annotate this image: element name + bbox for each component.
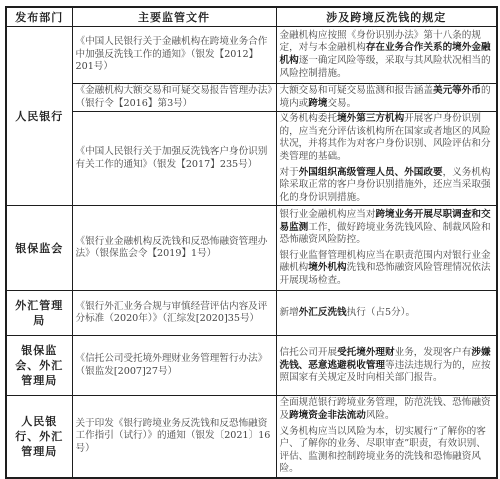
rule-text: 义务机构委托 xyxy=(280,113,338,124)
rule-paragraph: 对于外国组织高级管理人员、外国政要，义务机构除采取正常的客户身份识别措施外，还应… xyxy=(280,167,494,205)
document-cell: 《中国人民银行关于金融机构在跨境业务合作中加强反洗钱工作的通知》（银发【2012… xyxy=(72,27,276,84)
rule-emphasis: 跨境资金非法流动 xyxy=(289,410,366,421)
rule-paragraph: 金融机构应按照《身份识别办法》第十八条的规定，对与本金融机构存在业务合作关系的境… xyxy=(280,30,494,80)
department-cell: 外汇管理局 xyxy=(6,291,72,336)
rule-cell: 金融机构应按照《身份识别办法》第十八条的规定，对与本金融机构存在业务合作关系的境… xyxy=(276,27,497,84)
rule-text: 义务机构应当以风险为本，切实履行“了解你的客户、了解你的业务、尽职审查”职责，有… xyxy=(280,426,486,475)
rule-emphasis: 境外第三方机构 xyxy=(337,113,404,124)
rule-text: 工作，做好跨境业务洗钱风险、制裁风险和恐怖融资风险防控。 xyxy=(280,222,491,246)
header-rules: 涉及跨境反洗钱的规定 xyxy=(276,7,497,27)
rule-cell: 全面规范银行跨境业务管理，防范洗钱、恐怖融资及跨境资金非法流动风险。义务机构应当… xyxy=(276,396,497,478)
table-row: 《中国人民银行关于加强反洗钱客户身份识别有关工作的通知》（银发【2017】235… xyxy=(6,112,497,206)
header-documents: 主要监管文件 xyxy=(72,7,276,27)
rule-cell: 新增外汇反洗钱执行（占5分）。 xyxy=(276,291,497,336)
document-cell: 《信托公司受托境外理财业务管理暂行办法》（银监发[2007]27号） xyxy=(72,336,276,396)
rule-emphasis: 受托境外理财 xyxy=(337,347,395,358)
document-cell: 《银行业金融机构反洗钱和反恐怖融资管理办法》（银保监会令【2019】1号） xyxy=(72,206,276,291)
table-row: 银保监会、外汇管理局《信托公司受托境外理财业务管理暂行办法》（银监发[2007]… xyxy=(6,336,497,396)
document-cell: 关于印发《银行跨境业务反洗钱和反恐怖融资工作指引（试行）》的通知（银发〔2021… xyxy=(72,396,276,478)
document-cell: 《金融机构大额交易和可疑交易报告管理办法》（银行令【2016】第3号） xyxy=(72,84,276,112)
table-row: 人民银行《中国人民银行关于金融机构在跨境业务合作中加强反洗钱工作的通知》（银发【… xyxy=(6,27,497,84)
rule-paragraph: 银行业金融机构应当对跨境业务开展尽职调查和交易监测工作，做好跨境业务洗钱风险、制… xyxy=(280,209,494,247)
rule-emphasis: 境外机构 xyxy=(308,262,346,273)
rule-paragraph: 全面规范银行跨境业务管理，防范洗钱、恐怖融资及跨境资金非法流动风险。 xyxy=(280,397,494,422)
department-cell: 银保监会、外汇管理局 xyxy=(6,336,72,396)
rule-text: 银行业金融机构应当对 xyxy=(280,209,376,220)
table-row: 人民银行、外汇管理局关于印发《银行跨境业务反洗钱和反恐怖融资工作指引（试行）》的… xyxy=(6,396,497,478)
rule-emphasis: 美元等外币 xyxy=(433,85,481,96)
rule-emphasis: 外汇反洗钱 xyxy=(299,307,347,318)
department-cell: 人民银行、外汇管理局 xyxy=(6,396,72,478)
department-cell: 人民银行 xyxy=(6,27,72,206)
rule-text: 风险。 xyxy=(366,410,395,421)
rule-emphasis: 外国组织高级管理人员、外国政要 xyxy=(299,167,443,178)
rule-text: 业务，发现客户有 xyxy=(395,347,472,358)
header-row: 发布部门 主要监管文件 涉及跨境反洗钱的规定 xyxy=(6,7,497,27)
rule-emphasis: 跨境 xyxy=(308,98,327,109)
table-row: 《金融机构大额交易和可疑交易报告管理办法》（银行令【2016】第3号）大额交易和… xyxy=(6,84,497,112)
department-cell: 银保监会 xyxy=(6,206,72,291)
rule-text: 大额交易和可疑交易监测和报告涵盖 xyxy=(280,85,434,96)
rule-paragraph: 义务机构应当以风险为本，切实履行“了解你的客户、了解你的业务、尽职审查”职责，有… xyxy=(280,426,494,476)
header-department: 发布部门 xyxy=(6,7,72,27)
rule-text: 信托公司开展 xyxy=(280,347,338,358)
document-cell: 《中国人民银行关于加强反洗钱客户身份识别有关工作的通知》（银发【2017】235… xyxy=(72,112,276,206)
rule-paragraph: 信托公司开展受托境外理财业务，发现客户有涉嫌洗钱、恶意逃避税收管理等违法违规行为… xyxy=(280,347,494,385)
rule-paragraph: 新增外汇反洗钱执行（占5分）。 xyxy=(280,307,494,320)
rule-paragraph: 义务机构委托境外第三方机构开展客户身份识别的，应当充分评估该机构所在国家或者地区… xyxy=(280,113,494,163)
table-body: 人民银行《中国人民银行关于金融机构在跨境业务合作中加强反洗钱工作的通知》（银发【… xyxy=(6,27,497,478)
table-row: 外汇管理局《银行外汇业务合规与审慎经营评估内容及评分标准（2020年）》（汇综发… xyxy=(6,291,497,336)
rule-text: 对于 xyxy=(280,167,299,178)
rule-text: 逐一确定风险等级，采取与其风险状况相当的风险控制措施。 xyxy=(280,55,491,79)
rule-cell: 大额交易和可疑交易监测和报告涵盖美元等外币的境内或跨境交易。 xyxy=(276,84,497,112)
rule-text: 新增 xyxy=(280,307,299,318)
rule-text: 交易。 xyxy=(327,98,356,109)
rule-cell: 义务机构委托境外第三方机构开展客户身份识别的，应当充分评估该机构所在国家或者地区… xyxy=(276,112,497,206)
rule-paragraph: 大额交易和可疑交易监测和报告涵盖美元等外币的境内或跨境交易。 xyxy=(280,85,494,110)
document-cell: 《银行外汇业务合规与审慎经营评估内容及评分标准（2020年）》（汇综发[2020… xyxy=(72,291,276,336)
rule-text: 执行（占5分）。 xyxy=(347,307,415,318)
rule-cell: 银行业金融机构应当对跨境业务开展尽职调查和交易监测工作，做好跨境业务洗钱风险、制… xyxy=(276,206,497,291)
table-row: 银保监会《银行业金融机构反洗钱和反恐怖融资管理办法》（银保监会令【2019】1号… xyxy=(6,206,497,291)
regulation-table: 发布部门 主要监管文件 涉及跨境反洗钱的规定 人民银行《中国人民银行关于金融机构… xyxy=(5,6,498,479)
rule-cell: 信托公司开展受托境外理财业务，发现客户有涉嫌洗钱、恶意逃避税收管理等违法违规行为… xyxy=(276,336,497,396)
rule-paragraph: 银行业监督管理机构应当在职责范围内对银行业金融机构境外机构洗钱和恐怖融资风险管理… xyxy=(280,250,494,288)
